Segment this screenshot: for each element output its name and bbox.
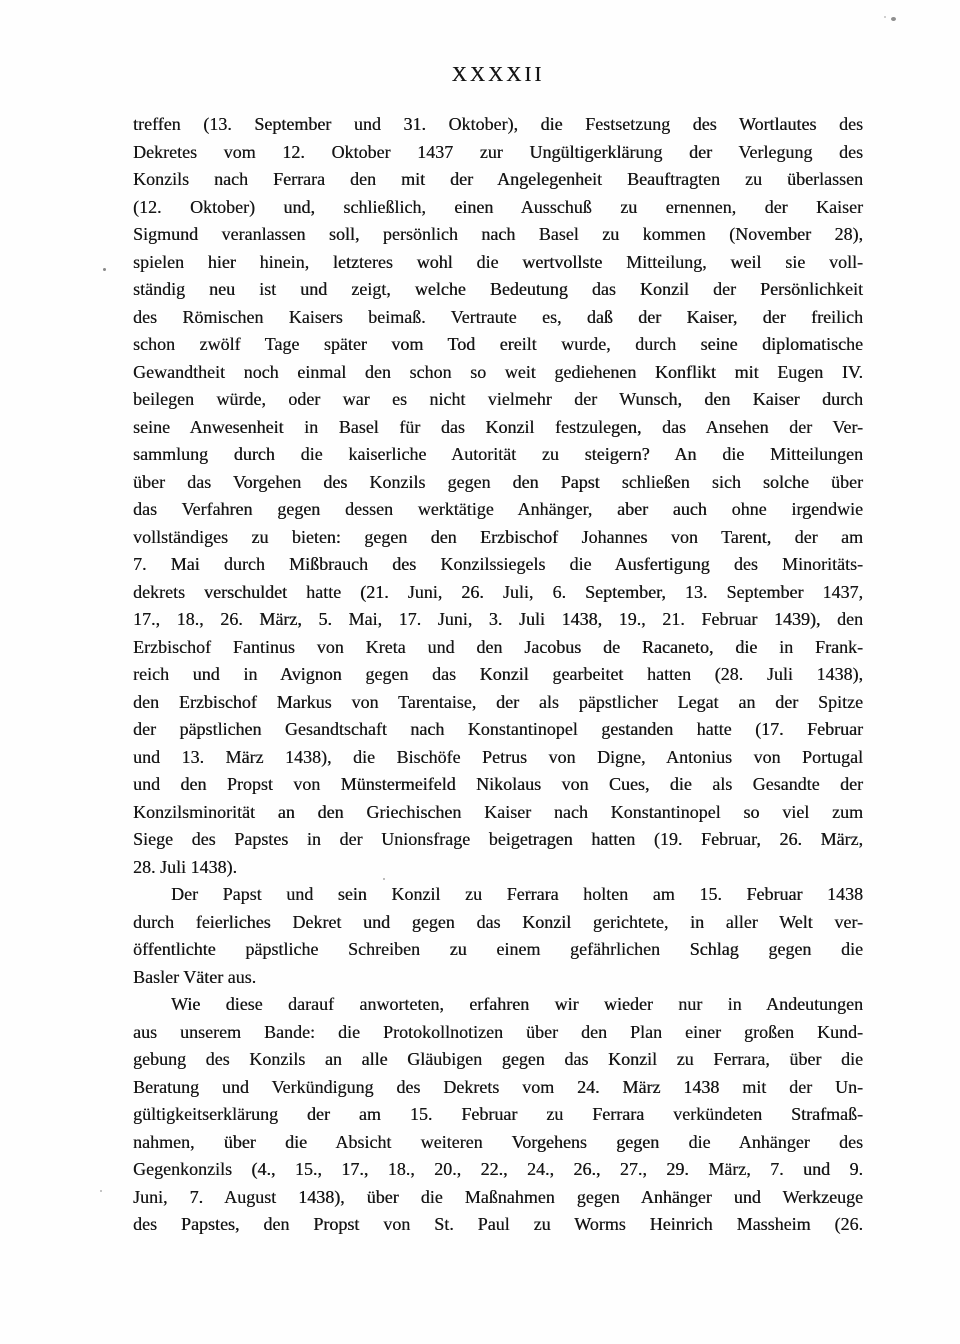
text-line: Basler Väter aus. — [133, 964, 863, 992]
scan-speck — [891, 17, 896, 21]
text-line: der päpstlichen Gesandtschaft nach Konst… — [133, 716, 863, 744]
text-line: Gegenkonzils (4., 15., 17., 18., 20., 22… — [133, 1156, 863, 1184]
text-line: das Verfahren gegen dessen werktätige An… — [133, 496, 863, 524]
text-line: seine Anwesenheit in Basel für das Konzi… — [133, 414, 863, 442]
page-number: XXXXII — [133, 62, 863, 87]
text-line: reich und in Avignon gegen das Konzil ge… — [133, 661, 863, 689]
text-line: ständig neu ist und zeigt, welche Bedeut… — [133, 276, 863, 304]
text-line: treffen (13. September und 31. Oktober),… — [133, 111, 863, 139]
text-line: Erzbischof Fantinus von Kreta und den Ja… — [133, 634, 863, 662]
text-line: aus unserem Bande: die Protokollnotizen … — [133, 1019, 863, 1047]
text-line: Siege des Papstes in der Unionsfrage bei… — [133, 826, 863, 854]
scan-speck — [383, 878, 385, 880]
text-line: öffentlichte päpstliche Schreiben zu ein… — [133, 936, 863, 964]
text-line: 28. Juli 1438). — [133, 854, 863, 882]
text-line: 17., 18., 26. März, 5. Mai, 17. Juni, 3.… — [133, 606, 863, 634]
text-line: sammlung durch die kaiserliche Autorität… — [133, 441, 863, 469]
text-line: Der Papst und sein Konzil zu Ferrara hol… — [133, 881, 863, 909]
body-text: treffen (13. September und 31. Oktober),… — [133, 111, 863, 1239]
text-line: (12. Oktober) und, schließlich, einen Au… — [133, 194, 863, 222]
book-page: XXXXII treffen (13. September und 31. Ok… — [0, 0, 960, 1344]
text-line: nahmen, über die Absicht weiteren Vorgeh… — [133, 1129, 863, 1157]
scan-speck — [528, 890, 530, 892]
text-line: spielen hier hinein, letzteres wohl die … — [133, 249, 863, 277]
text-line: schon zwölf Tage später vom Tod ereilt w… — [133, 331, 863, 359]
text-line: dekrets verschuldet hatte (21. Juni, 26.… — [133, 579, 863, 607]
text-line: durch feierliches Dekret und gegen das K… — [133, 909, 863, 937]
text-line: Gewandtheit noch einmal den schon so wei… — [133, 359, 863, 387]
text-line: Konzils nach Ferrara den mit der Angeleg… — [133, 166, 863, 194]
scan-speck — [100, 1190, 102, 1192]
text-line: 7. Mai durch Mißbrauch des Konzilssiegel… — [133, 551, 863, 579]
text-line: Juni, 7. August 1438), über die Maßnahme… — [133, 1184, 863, 1212]
text-line: über das Vorgehen des Konzils gegen den … — [133, 469, 863, 497]
text-line: den Erzbischof Markus von Tarentaise, de… — [133, 689, 863, 717]
text-line: des Römischen Kaisers beimaß. Vertraute … — [133, 304, 863, 332]
text-line: Sigmund veranlassen soll, persönlich nac… — [133, 221, 863, 249]
text-line: beilegen würde, oder war es nicht vielme… — [133, 386, 863, 414]
text-line: Konzilsminorität an den Griechischen Kai… — [133, 799, 863, 827]
text-line: des Papstes, den Propst von St. Paul zu … — [133, 1211, 863, 1239]
text-line: vollständiges zu bieten: gegen den Erzbi… — [133, 524, 863, 552]
text-line: und den Propst von Münstermeifeld Nikola… — [133, 771, 863, 799]
scan-speck — [103, 268, 106, 271]
text-line: Dekretes vom 12. Oktober 1437 zur Ungült… — [133, 139, 863, 167]
text-line: gültigkeitserklärung der am 15. Februar … — [133, 1101, 863, 1129]
text-line: und 13. März 1438), die Bischöfe Petrus … — [133, 744, 863, 772]
scan-speck — [884, 16, 886, 18]
text-line: Beratung und Verkündigung des Dekrets vo… — [133, 1074, 863, 1102]
text-line: Wie diese darauf anworteten, erfahren wi… — [133, 991, 863, 1019]
text-line: gebung des Konzils an alle Gläubigen geg… — [133, 1046, 863, 1074]
